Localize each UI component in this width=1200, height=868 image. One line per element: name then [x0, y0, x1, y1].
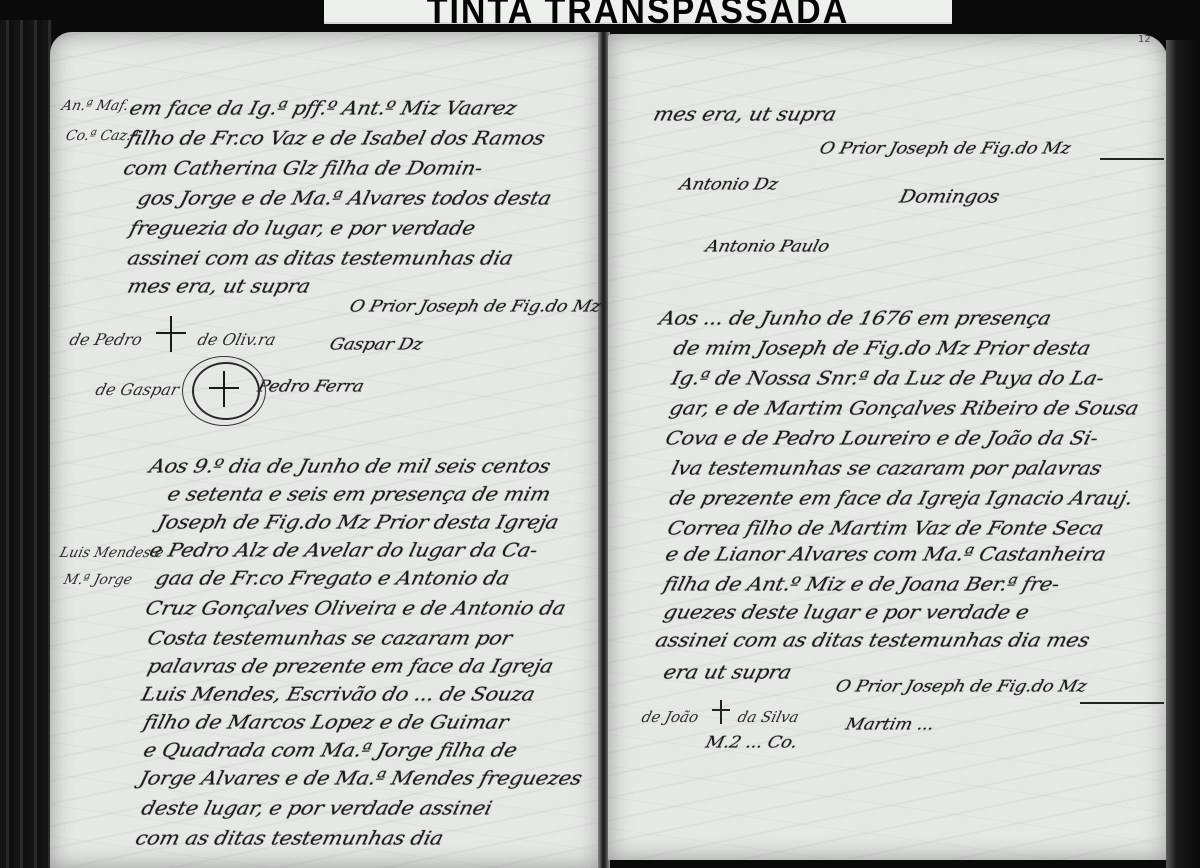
manuscript-line: Joseph de Fig.do Mz Prior desta Igreja — [155, 511, 561, 533]
signature-witness: Martim ... — [844, 715, 936, 734]
signature-witness: M.2 ... Co. — [704, 733, 800, 752]
page-number: 12 — [1138, 34, 1151, 45]
manuscript-line: Correa filho de Martim Vaz de Fonte Seca — [665, 517, 1105, 539]
manuscript-line: palavras de prezente em face da Igreja — [145, 655, 555, 677]
signature-witness: Domingos — [897, 185, 1001, 207]
manuscript-line: gos Jorge e de Ma.ª Alvares todos desta — [135, 187, 553, 209]
manuscript-line: Costa testemunhas se cazaram por — [145, 627, 514, 649]
manuscript-line: em face da Ig.ª pff.º Ant.º Miz Vaarez — [127, 97, 518, 119]
manuscript-line: Aos ... de Junho de 1676 em presença — [657, 307, 1053, 329]
manuscript-line: de mim Joseph de Fig.do Mz Prior desta — [671, 337, 1092, 359]
signature-flourish — [1100, 158, 1164, 160]
manuscript-line: filho de Fr.co Vaz e de Isabel dos Ramos — [125, 127, 547, 149]
manuscript-line: guezes deste lugar e por verdade e — [661, 601, 1031, 623]
margin-note: An.ª Maf. — [60, 98, 130, 114]
manuscript-line: Cruz Gonçalves Oliveira e de Antonio da — [143, 597, 568, 619]
manuscript-line: mes era, ut supra — [125, 275, 312, 297]
signature-label: de Oliv.ra — [196, 330, 278, 349]
manuscript-line: deste lugar, e por verdade assinei — [139, 797, 494, 819]
signature-witness: Antonio Paulo — [704, 237, 832, 256]
book-spine — [0, 20, 52, 868]
manuscript-line: gaa de Fr.co Fregato e Antonio da — [153, 567, 511, 589]
signature-flourish — [1080, 702, 1164, 704]
manuscript-line: freguezia do lugar, e por verdade — [127, 217, 477, 239]
cross-mark — [712, 700, 730, 724]
signature-witness: Pedro Ferra — [256, 377, 366, 396]
manuscript-line: de prezente em face da Igreja Ignacio Ar… — [667, 487, 1135, 509]
manuscript-line: mes era, ut supra — [651, 103, 838, 125]
manuscript-line: e setenta e seis em presença de mim — [165, 483, 552, 505]
manuscript-line: filha de Ant.º Miz e de Joana Ber.ª fre- — [661, 573, 1061, 595]
manuscript-line: assinei com as ditas testemunhas dia mes — [653, 629, 1092, 651]
signature-witness: Antonio Dz — [678, 175, 780, 194]
manuscript-line: lva testemunhas se cazaram por palavras — [669, 457, 1104, 479]
margin-note: M.ª Jorge — [62, 572, 134, 588]
signature-label: de Pedro — [68, 330, 145, 349]
manuscript-line: com Catherina Glz filha de Domin- — [121, 157, 484, 179]
cross-mark — [156, 316, 186, 352]
manuscript-line: Ig.ª de Nossa Snr.ª da Luz de Puya do La… — [669, 367, 1106, 389]
manuscript-line: e de Lianor Alvares com Ma.ª Castanheira — [663, 543, 1108, 565]
manuscript-line: Cova e de Pedro Loureiro e de João da Si… — [663, 427, 1100, 449]
signature-prior: O Prior Joseph de Fig.do Mz — [834, 677, 1089, 696]
cross-mark — [209, 371, 239, 407]
signature-label: de João — [640, 708, 701, 726]
signature-label: da Silva — [736, 708, 801, 726]
manuscript-line: Aos 9.º dia de Junho de mil seis centos — [147, 455, 552, 477]
manuscript-line: filho de Marcos Lopez e de Guimar — [141, 711, 510, 733]
manuscript-line: com as ditas testemunhas dia — [133, 827, 445, 849]
signature-prior: O Prior Joseph de Fig.do Mz — [348, 297, 603, 316]
manuscript-line: e Quadrada com Ma.ª Jorge filha de — [141, 739, 519, 761]
archive-label-text: TINTA TRANSPASSADA — [427, 0, 850, 28]
manuscript-line: Jorge Alvares e de Ma.ª Mendes freguezes — [137, 767, 584, 789]
manuscript-line: e Pedro Alz de Avelar do lugar da Ca- — [147, 539, 540, 561]
signature-prior: O Prior Joseph de Fig.do Mz — [818, 139, 1073, 158]
manuscript-line: era ut supra — [661, 661, 793, 683]
manuscript-line: Luis Mendes, Escrivão do ... de Souza — [139, 683, 537, 705]
manuscript-line: gar, e de Martim Gonçalves Ribeiro de So… — [667, 397, 1141, 419]
book-edge — [1166, 40, 1200, 868]
signature-witness: Gaspar Dz — [328, 335, 425, 354]
archive-label: TINTA TRANSPASSADA — [324, 0, 952, 24]
signature-label: de Gaspar — [94, 380, 182, 399]
manuscript-line: assinei com as ditas testemunhas dia — [125, 247, 515, 269]
